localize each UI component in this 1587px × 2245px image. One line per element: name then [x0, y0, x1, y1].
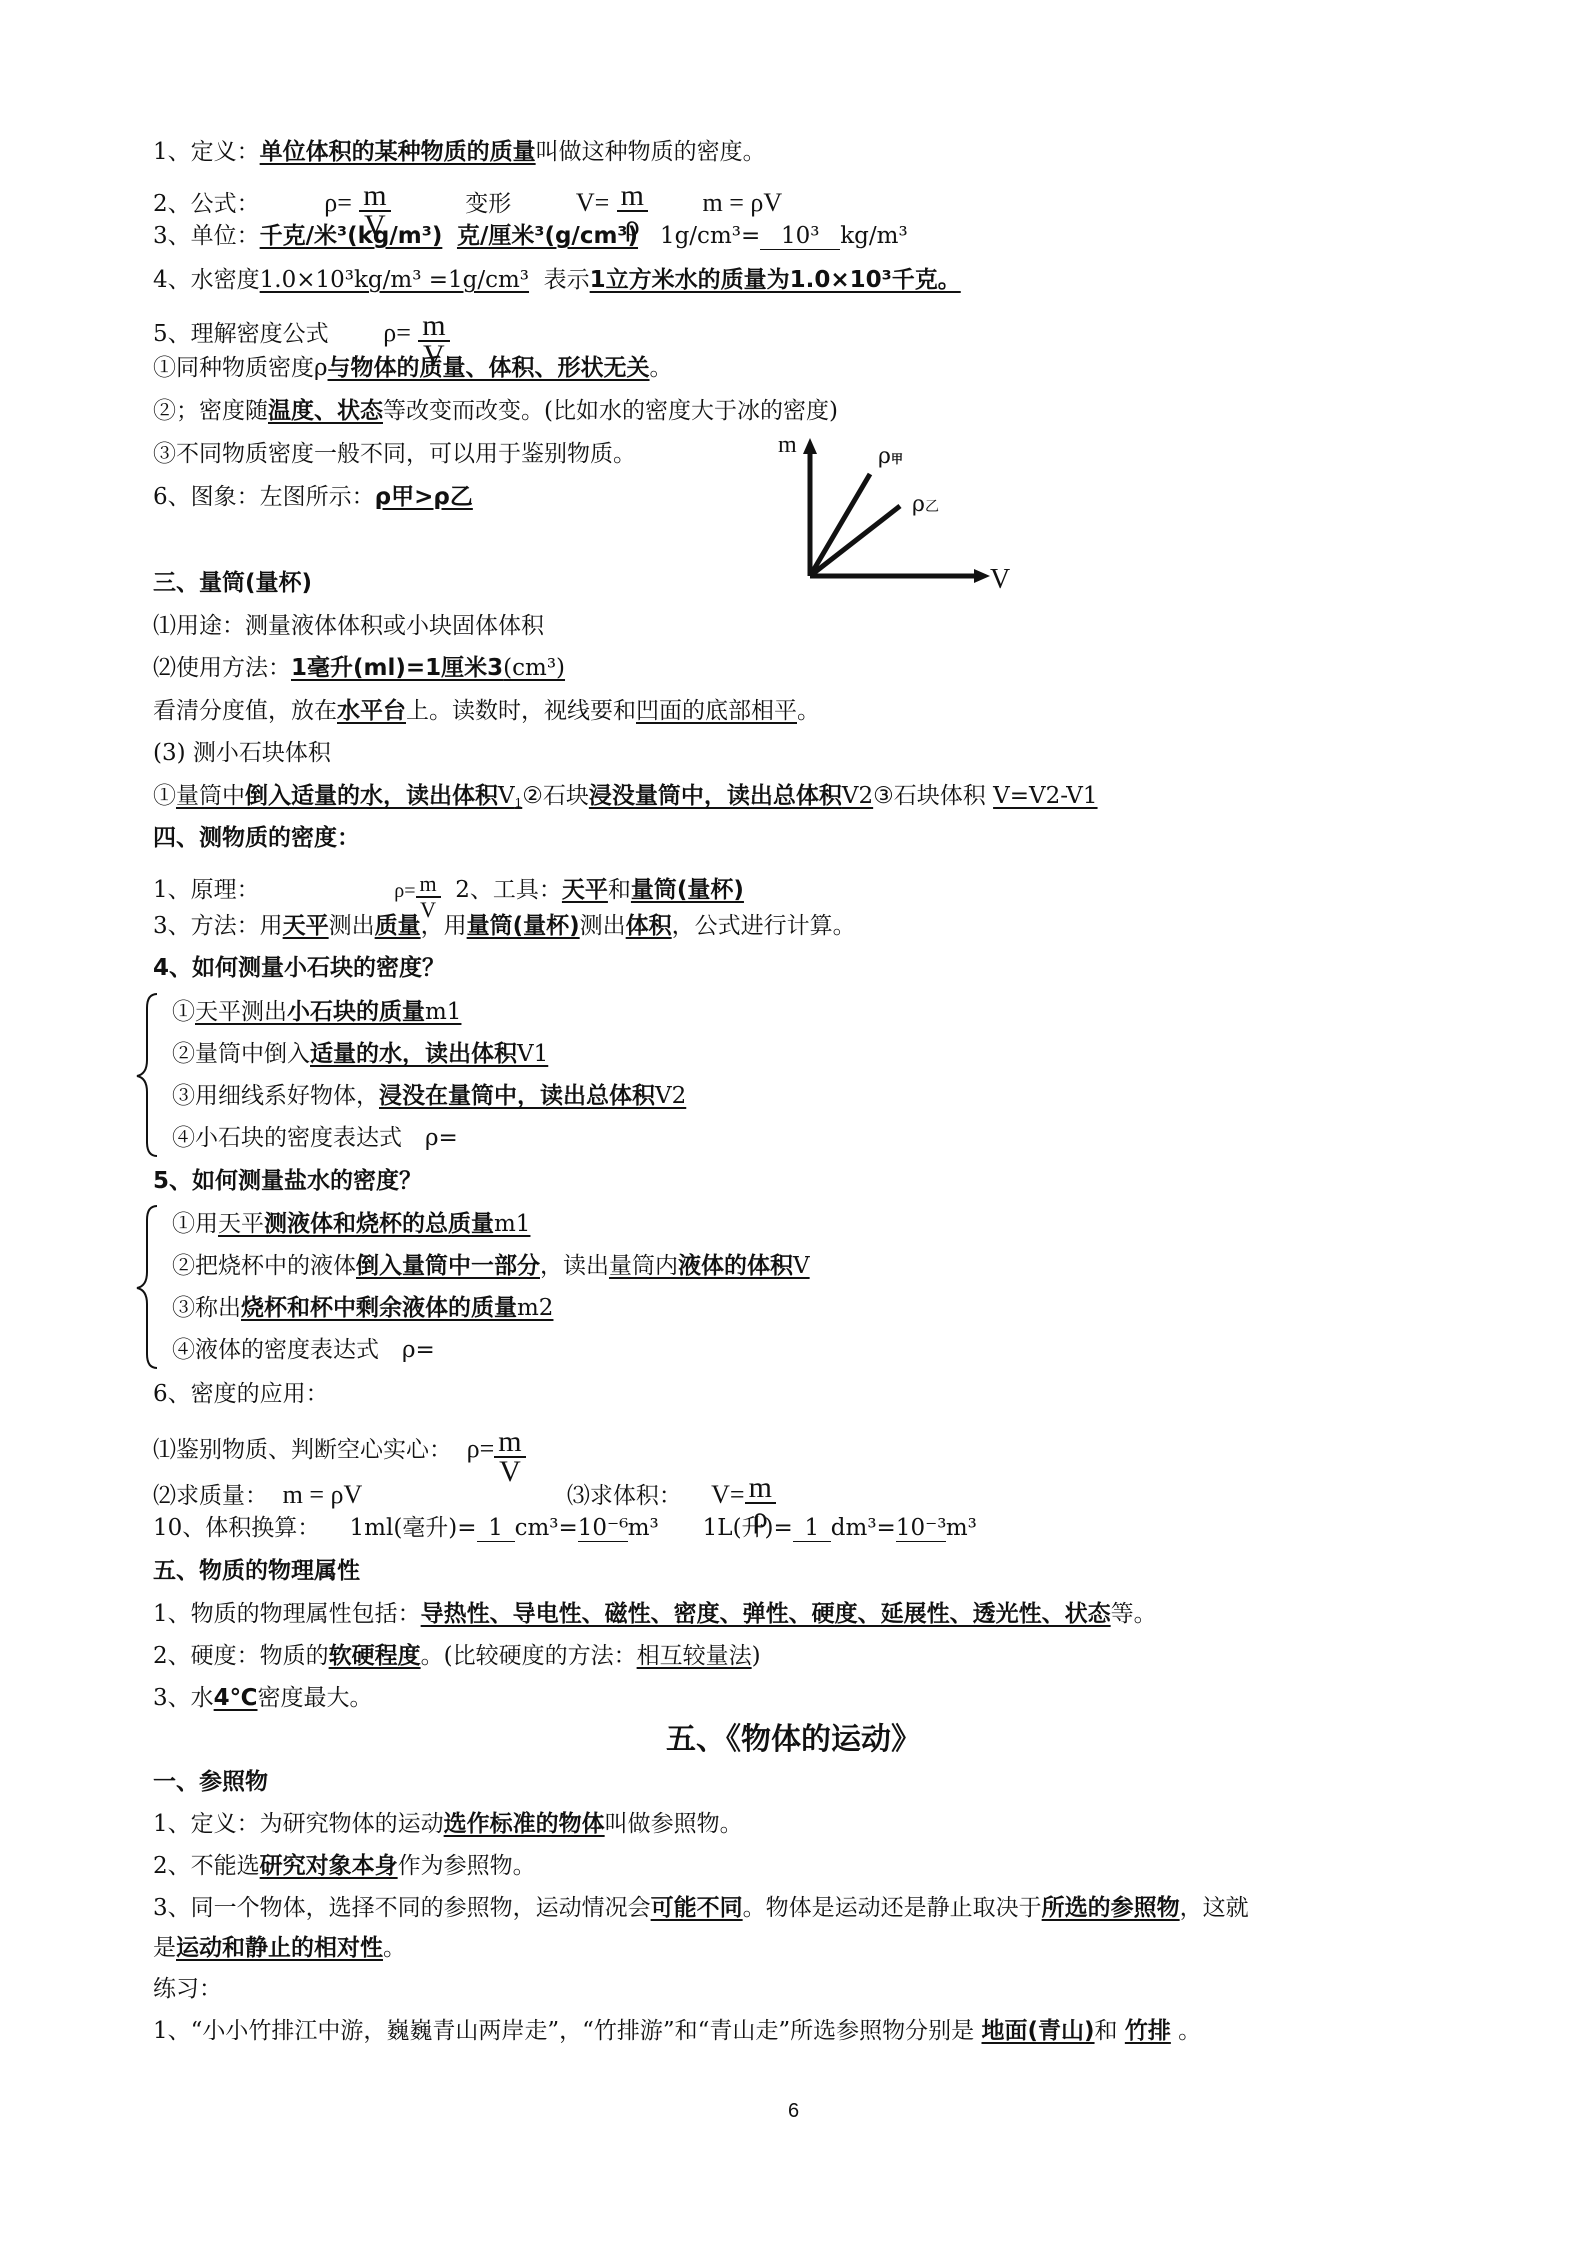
key: 浸没在量筒中，读出总体积 [379, 1083, 655, 1109]
text: ，公式进行计算。 [672, 913, 856, 939]
water-density-meaning: 1立方米水的质量为1.0×10³千克。 [590, 267, 961, 293]
key: 倒入量筒中一部分 [356, 1253, 540, 1279]
key: 烧杯和杯中剩余液体的质量 [241, 1295, 517, 1321]
text: ⑶求体积： [567, 1483, 682, 1509]
density-definition: 1、定义：单位体积的某种物质的质量叫做这种物质的密度。 [153, 136, 766, 168]
understand-formula: 5、理解密度公式 ρ= mV [153, 306, 450, 338]
section-heading-measure: 四、测物质的密度： [153, 822, 360, 854]
text: 等。 [1111, 1601, 1157, 1627]
text: 。 [650, 355, 673, 381]
text: 天平测出 [195, 999, 287, 1025]
v1: V1 [498, 783, 522, 809]
text: 1、定义：为研究物体的运动 [153, 1811, 444, 1837]
method: 3、方法：用天平测出质量，用量筒(量杯)测出体积，公式进行计算。 [153, 910, 856, 942]
key: 所选的参照物 [1042, 1895, 1180, 1921]
section-heading-properties: 五、物质的物理属性 [153, 1555, 360, 1587]
label: 5、理解密度公式 [153, 321, 329, 347]
section-heading-reference: 一、参照物 [153, 1766, 268, 1798]
y-axis-label: m [778, 432, 797, 459]
tool-balance: 天平 [562, 877, 608, 903]
practice-label: 练习： [153, 1973, 222, 2005]
blank: 10⁻⁶ [578, 1515, 628, 1542]
stone-step-4: ④小石块的密度表达式 ρ= [172, 1122, 458, 1154]
conversion-value: 10³ [760, 223, 840, 250]
text: ②；密度随 [153, 398, 268, 424]
blank: 1 [793, 1515, 831, 1542]
text: 。(比较硬度的方法： [421, 1643, 637, 1669]
answer-1: 地面(青山) [982, 2018, 1095, 2044]
brine-step-2: ②把烧杯中的液体倒入量筒中一部分，读出量筒内液体的体积V [172, 1250, 810, 1282]
text: 叫做这种物质的密度。 [536, 139, 766, 165]
answer-2: 竹排 [1125, 2018, 1171, 2044]
text: ① [172, 999, 195, 1025]
rho-equals: ρ= [383, 318, 411, 347]
page-number: 6 [0, 2100, 1587, 2123]
text: 3、水 [153, 1685, 214, 1711]
section-heading-cylinder: 三、量筒(量杯) [153, 567, 312, 599]
var: m1 [425, 999, 461, 1025]
text: 测出 [329, 913, 375, 939]
brine-step-4: ④液体的密度表达式 ρ= [172, 1334, 435, 1366]
label: 6、图象：左图所示： [153, 484, 375, 510]
stone-volume-steps: ①量筒中倒入适量的水，读出体积V1②石块浸没量筒中，读出总体积V2③石块体积 V… [153, 780, 1098, 812]
numerator: m [359, 182, 390, 212]
numerator: m [745, 1474, 776, 1504]
numerator: m [418, 312, 449, 342]
text: 是 [153, 1935, 176, 1961]
conversion-unit: kg/m³ [840, 223, 907, 249]
label: 1、定义： [153, 139, 260, 165]
key: 相互较量法 [637, 1643, 752, 1669]
point-2: ②；密度随温度、状态等改变而改变。(比如水的密度大于冰的密度) [153, 395, 838, 427]
key: 量筒(量杯) [467, 913, 580, 939]
label: 3、单位： [153, 223, 260, 249]
x-axis-label: V [990, 564, 1010, 596]
numerator: m [416, 872, 441, 898]
text: 1、物质的物理属性包括： [153, 1601, 421, 1627]
property-1: 1、物质的物理属性包括：导热性、导电性、磁性、密度、弹性、硬度、延展性、透光性、… [153, 1598, 1157, 1630]
text: 和 [1095, 2018, 1118, 2044]
var: m2 [517, 1295, 553, 1321]
text: dm³= [831, 1515, 896, 1541]
text: ⑴鉴别物质、判断空心实心： [153, 1437, 452, 1463]
text: ④液体的密度表达式 ρ= [172, 1337, 435, 1363]
unit: m³ [628, 1515, 659, 1541]
text: ④小石块的密度表达式 ρ= [172, 1125, 458, 1151]
var: V [793, 1253, 810, 1279]
cylinder-method: ⑵使用方法：1毫升(ml)=1厘米3(cm³) [153, 652, 565, 684]
water-density: 4、水密度1.0×10³kg/m³ =1g/cm³ 表示1立方米水的质量为1.0… [153, 264, 961, 296]
application-heading: 6、密度的应用： [153, 1378, 329, 1410]
stone-step-1: ①天平测出小石块的质量m1 [172, 996, 461, 1028]
key: 软硬程度 [329, 1643, 421, 1669]
key-phrase: 温度、状态 [268, 398, 383, 424]
text: ②石块 [522, 783, 589, 809]
key: 4℃ [214, 1685, 258, 1711]
text: ③不同物质密度一般不同，可以用于鉴别物质。 [153, 441, 636, 467]
property-3: 3、水4℃密度最大。 [153, 1682, 373, 1714]
property-2: 2、硬度：物质的软硬程度。(比较硬度的方法：相互较量法) [153, 1640, 761, 1672]
rho: ρ [878, 444, 891, 469]
reference-3-cont: 是运动和静止的相对性。 [153, 1932, 406, 1964]
numerator: m [617, 182, 648, 212]
text: 和 [608, 877, 631, 903]
text: cm³= [515, 1515, 578, 1541]
text: ③石块体积 [873, 783, 986, 809]
label: 10、体积换算： [153, 1515, 320, 1541]
line-label-yi: ρ乙 [912, 492, 939, 517]
key-phrase: 倒入适量的水，读出体积 [245, 783, 498, 809]
blank: 10⁻³ [896, 1515, 946, 1542]
brace-icon [133, 990, 163, 1160]
label: 2、工具： [455, 877, 562, 903]
line-label-jia: ρ甲 [878, 444, 903, 469]
text: 1L(升)= [703, 1515, 793, 1541]
volume-conversion: 10、体积换算： 1ml(毫升)=1cm³=10⁻⁶m³ 1L(升)=1dm³=… [153, 1512, 977, 1544]
rho-equals: ρ= [394, 880, 415, 902]
density-comparison: ρ甲>ρ乙 [375, 484, 473, 510]
key-phrase: 凹面的底部相平 [636, 698, 797, 724]
tool-cylinder: 量筒(量杯) [631, 877, 744, 903]
m-v-graph: m V ρ甲 ρ乙 [790, 436, 1030, 596]
numerator: m [494, 1428, 525, 1458]
text: ③用细线系好物体， [172, 1083, 379, 1109]
key: 选作标准的物体 [444, 1811, 605, 1837]
var: m1 [494, 1211, 530, 1237]
brine-step-3: ③称出烧杯和杯中剩余液体的质量m2 [172, 1292, 553, 1324]
v-equals: V= [711, 1480, 744, 1509]
rho-equals: ρ= [467, 1434, 495, 1463]
subscript: 乙 [925, 499, 939, 515]
unit: (cm³) [503, 655, 565, 681]
label: ⑵使用方法： [153, 655, 291, 681]
key: 液体的体积 [678, 1253, 793, 1279]
text: 叫做参照物。 [605, 1811, 743, 1837]
text: 量筒内 [609, 1253, 678, 1279]
text: ①同种物质密度ρ [153, 355, 328, 381]
application-1: ⑴鉴别物质、判断空心实心： ρ=mV [153, 1422, 526, 1454]
brine-step-1: ①用天平测液体和烧杯的总质量m1 [172, 1208, 530, 1240]
definition-key: 单位体积的某种物质的质量 [260, 139, 536, 165]
key: 适量的水，读出体积 [310, 1041, 517, 1067]
rho: ρ [912, 492, 925, 517]
var: V1 [517, 1041, 548, 1067]
text: 。 [797, 698, 820, 724]
text: ，这就 [1180, 1895, 1249, 1921]
text: ⑵求质量： [153, 1483, 268, 1509]
formula: m = ρV [283, 1480, 363, 1509]
point-3: ③不同物质密度一般不同，可以用于鉴别物质。 [153, 438, 636, 470]
conversion: 1毫升(ml)=1厘米3 [291, 655, 503, 681]
chapter-title: 五、《物体的运动》 [0, 1714, 1587, 1758]
text: 测出 [580, 913, 626, 939]
key: 体积 [626, 913, 672, 939]
text: 表示 [544, 267, 590, 293]
blank: 1 [477, 1515, 515, 1542]
text: 1、“小小竹排江中游，巍巍青山两岸走”，“竹排游”和“青山走”所选参照物分别是 [153, 2018, 974, 2044]
cylinder-use: ⑴用途：测量液体体积或小块固体体积 [153, 610, 544, 642]
conversion-label: 1g/cm³= [660, 223, 760, 249]
variant-label: 变形 [465, 191, 511, 217]
key: 天平 [283, 913, 329, 939]
text: 看清分度值，放在 [153, 698, 337, 724]
formula: V=V2-V1 [993, 783, 1097, 809]
label: 2、公式： [153, 191, 260, 217]
text: ① [153, 783, 176, 809]
text: ，用 [421, 913, 467, 939]
reference-1: 1、定义：为研究物体的运动选作标准的物体叫做参照物。 [153, 1808, 743, 1840]
text: ，读出 [540, 1253, 609, 1279]
text: 。物体是运动还是静止取决于 [743, 1895, 1042, 1921]
m-equals-rho-v: m = ρV [703, 188, 783, 217]
text: 2、不能选 [153, 1853, 260, 1879]
text: 上。读数时，视线要和 [406, 698, 636, 724]
v-equals: V= [576, 188, 609, 217]
density-formula: 2、公式： ρ= mV 变形 V= mρ m = ρV [153, 176, 782, 208]
stone-volume-title: (3) 测小石块体积 [153, 737, 331, 769]
text: 作为参照物。 [398, 1853, 536, 1879]
key: 小石块的质量 [287, 999, 425, 1025]
text: 2、硬度：物质的 [153, 1643, 329, 1669]
property-list: 导热性、导电性、磁性、密度、弹性、硬度、延展性、透光性、状态 [421, 1601, 1111, 1627]
label: 1、原理： [153, 877, 260, 903]
text: 量筒中 [176, 783, 245, 809]
reference-3: 3、同一个物体，选择不同的参照物，运动情况会可能不同。物体是运动还是静止取决于所… [153, 1892, 1249, 1924]
text: ③称出 [172, 1295, 241, 1321]
cylinder-reading: 看清分度值，放在水平台上。读数时，视线要和凹面的底部相平。 [153, 695, 820, 727]
var: V2 [655, 1083, 686, 1109]
unit-g-cm3: 克/厘米³(g/cm³) [457, 223, 638, 249]
application-2-3: ⑵求质量： m = ρV ⑶求体积： V=mρ [153, 1468, 776, 1500]
point-1: ①同种物质密度ρ与物体的质量、体积、形状无关。 [153, 352, 673, 384]
text: 3、同一个物体，选择不同的参照物，运动情况会 [153, 1895, 651, 1921]
key-phrase: 水平台 [337, 698, 406, 724]
text: 等改变而改变。(比如水的密度大于冰的密度) [383, 398, 838, 424]
graph-description: 6、图象：左图所示：ρ甲>ρ乙 [153, 481, 473, 513]
key-phrase: 与物体的质量、体积、形状无关 [328, 355, 650, 381]
text: 。 [383, 1935, 406, 1961]
water-density-value: 1.0×10³kg/m³ =1g/cm³ [260, 267, 529, 293]
text: 3、方法：用 [153, 913, 283, 939]
key: 研究对象本身 [260, 1853, 398, 1879]
brine-density-heading: 5、如何测量盐水的密度？ [153, 1165, 422, 1197]
brace-icon [133, 1202, 163, 1372]
key: 可能不同 [651, 1895, 743, 1921]
key: 测液体和烧杯的总质量 [264, 1211, 494, 1237]
text: ②把烧杯中的液体 [172, 1253, 356, 1279]
text: ①用 [172, 1211, 218, 1237]
practice-question-1: 1、“小小竹排江中游，巍巍青山两岸走”，“竹排游”和“青山走”所选参照物分别是 … [153, 2015, 1201, 2047]
rho-equals: ρ= [324, 188, 352, 217]
key: 质量 [375, 913, 421, 939]
principle-tools: 1、原理： ρ=mV 2、工具：天平和量筒(量杯) [153, 866, 744, 898]
v2: V2 [842, 783, 873, 809]
key: 运动和静止的相对性 [176, 1935, 383, 1961]
unit: m³ [946, 1515, 977, 1541]
stone-step-3: ③用细线系好物体，浸没在量筒中，读出总体积V2 [172, 1080, 686, 1112]
subscript: 甲 [891, 452, 903, 466]
text: 密度最大。 [258, 1685, 373, 1711]
reference-2: 2、不能选研究对象本身作为参照物。 [153, 1850, 536, 1882]
stone-step-2: ②量筒中倒入适量的水，读出体积V1 [172, 1038, 548, 1070]
text: 。 [1178, 2018, 1201, 2044]
text: ②量筒中倒入 [172, 1041, 310, 1067]
stone-density-heading: 4、如何测量小石块的密度？ [153, 952, 445, 984]
key-phrase: 浸没量筒中，读出总体积 [589, 783, 842, 809]
text: 天平 [218, 1211, 264, 1237]
v: V [498, 783, 515, 809]
text: ) [752, 1643, 761, 1669]
unit-kg-m3: 千克/米³(kg/m³) [260, 223, 443, 249]
density-unit: 3、单位：千克/米³(kg/m³) 克/厘米³(g/cm³) 1g/cm³=10… [153, 220, 908, 252]
label: 4、水密度 [153, 267, 260, 293]
text: 1ml(毫升)= [350, 1515, 477, 1541]
